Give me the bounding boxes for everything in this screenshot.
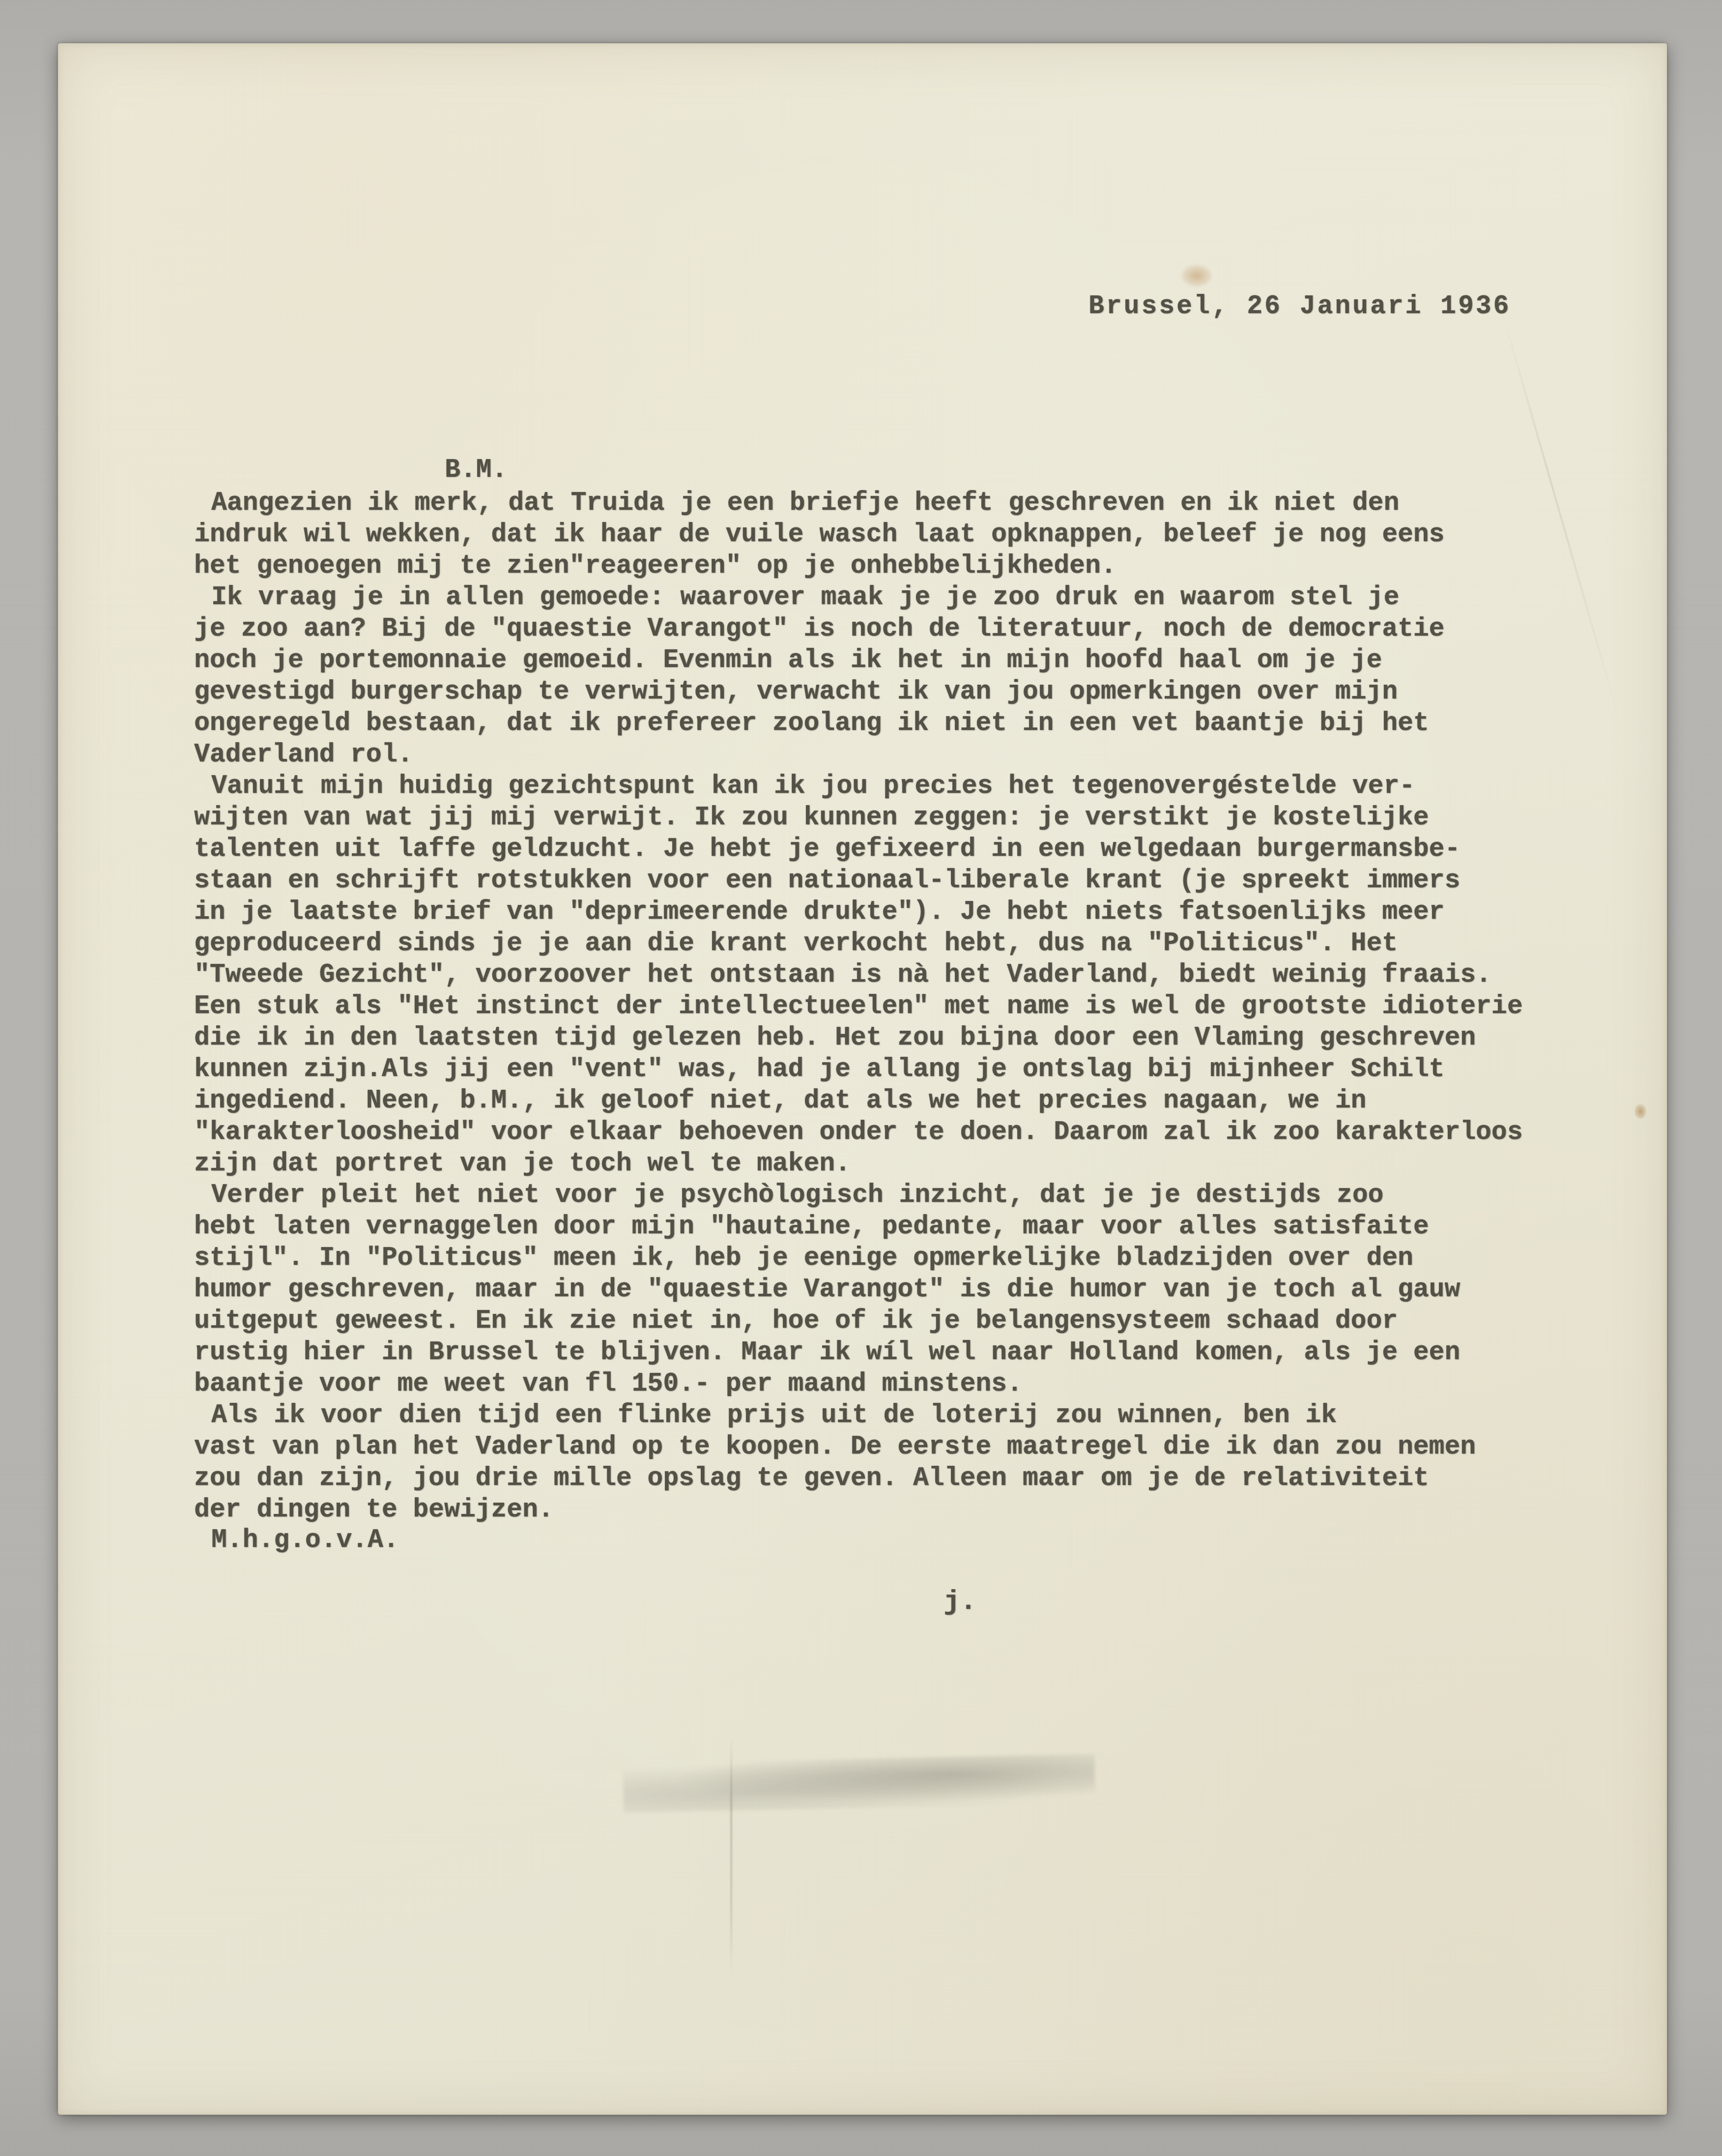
letter-line: ongeregeld bestaan, dat ik prefereer zoo… bbox=[194, 707, 1609, 739]
paragraph: Vanuit mijn huidig gezichtspunt kan ik j… bbox=[194, 770, 1609, 1179]
letter-line: vast van plan het Vaderland op te koopen… bbox=[194, 1431, 1609, 1462]
salutation: B.M. bbox=[445, 455, 507, 485]
letter-line: je zoo aan? Bij de "quaestie Varangot" i… bbox=[194, 613, 1609, 644]
letter-line: wijten van wat jij mij verwijt. Ik zou k… bbox=[194, 802, 1609, 833]
letter-line: Verder pleit het niet voor je psychòlogi… bbox=[194, 1179, 1609, 1211]
letter-line: talenten uit laffe geldzucht. Je hebt je… bbox=[194, 833, 1609, 865]
letter-line: Vaderland rol. bbox=[194, 739, 1609, 770]
letter-line: Een stuk als "Het instinct der intellect… bbox=[194, 991, 1609, 1022]
letter-line: hebt laten vernaggelen door mijn "hautai… bbox=[194, 1211, 1609, 1242]
letter-line: in je laatste brief van "deprimeerende d… bbox=[194, 896, 1609, 928]
letter-line: staan en schrijft rotstukken voor een na… bbox=[194, 865, 1609, 896]
letter-line: stijl". In "Politicus" meen ik, heb je e… bbox=[194, 1242, 1609, 1274]
letter-line: ingediend. Neen, b.M., ik geloof niet, d… bbox=[194, 1085, 1609, 1116]
letter-line: noch je portemonnaie gemoeid. Evenmin al… bbox=[194, 644, 1609, 676]
letter-line: uitgeput geweest. En ik zie niet in, hoe… bbox=[194, 1305, 1609, 1337]
letter-line: Aangezien ik merk, dat Truida je een bri… bbox=[194, 487, 1609, 519]
letter-paper: Brussel, 26 Januari 1936 B.M. Aangezien … bbox=[58, 43, 1667, 2115]
paragraph: Aangezien ik merk, dat Truida je een bri… bbox=[194, 487, 1609, 582]
letter-line: rustig hier in Brussel te blijven. Maar … bbox=[194, 1337, 1609, 1368]
letter-line: gevestigd burgerschap te verwijten, verw… bbox=[194, 676, 1609, 707]
letter-line: geproduceerd sinds je je aan die krant v… bbox=[194, 928, 1609, 959]
paragraph: Ik vraag je in allen gemoede: waarover m… bbox=[194, 582, 1609, 770]
letter-line: Als ik voor dien tijd een flinke prijs u… bbox=[194, 1399, 1609, 1431]
foxing-stain bbox=[1181, 264, 1212, 287]
letter-line: zijn dat portret van je toch wel te make… bbox=[194, 1148, 1609, 1179]
letter-line: Ik vraag je in allen gemoede: waarover m… bbox=[194, 582, 1609, 613]
letter-line: zou dan zijn, jou drie mille opslag te g… bbox=[194, 1462, 1609, 1494]
ink-smudge bbox=[623, 1754, 1095, 1813]
letter-line: indruk wil wekken, dat ik haar de vuile … bbox=[194, 519, 1609, 550]
letter-line: kunnen zijn.Als jij een "vent" was, had … bbox=[194, 1053, 1609, 1085]
signature: j. bbox=[944, 1586, 976, 1617]
paragraph: Verder pleit het niet voor je psychòlogi… bbox=[194, 1179, 1609, 1399]
letter-line: die ik in den laatsten tijd gelezen heb.… bbox=[194, 1022, 1609, 1053]
letter-line: het genoegen mij te zien"reageeren" op j… bbox=[194, 550, 1609, 582]
paper-crease bbox=[730, 1737, 732, 1973]
letter-body: Aangezien ik merk, dat Truida je een bri… bbox=[194, 487, 1609, 1525]
letter-line: der dingen te bewijzen. bbox=[194, 1494, 1609, 1525]
letter-line: "Tweede Gezicht", voorzoover het ontstaa… bbox=[194, 959, 1609, 991]
closing: M.h.g.o.v.A. bbox=[211, 1525, 399, 1555]
letter-line: baantje voor me weet van fl 150.- per ma… bbox=[194, 1368, 1609, 1399]
paragraph: Als ik voor dien tijd een flinke prijs u… bbox=[194, 1399, 1609, 1525]
letter-line: Vanuit mijn huidig gezichtspunt kan ik j… bbox=[194, 770, 1609, 802]
letter-line: humor geschreven, maar in de "quaestie V… bbox=[194, 1274, 1609, 1305]
dateline: Brussel, 26 Januari 1936 bbox=[1089, 291, 1511, 321]
foxing-stain bbox=[1635, 1104, 1646, 1119]
letter-line: "karakterloosheid" voor elkaar behoeven … bbox=[194, 1116, 1609, 1148]
